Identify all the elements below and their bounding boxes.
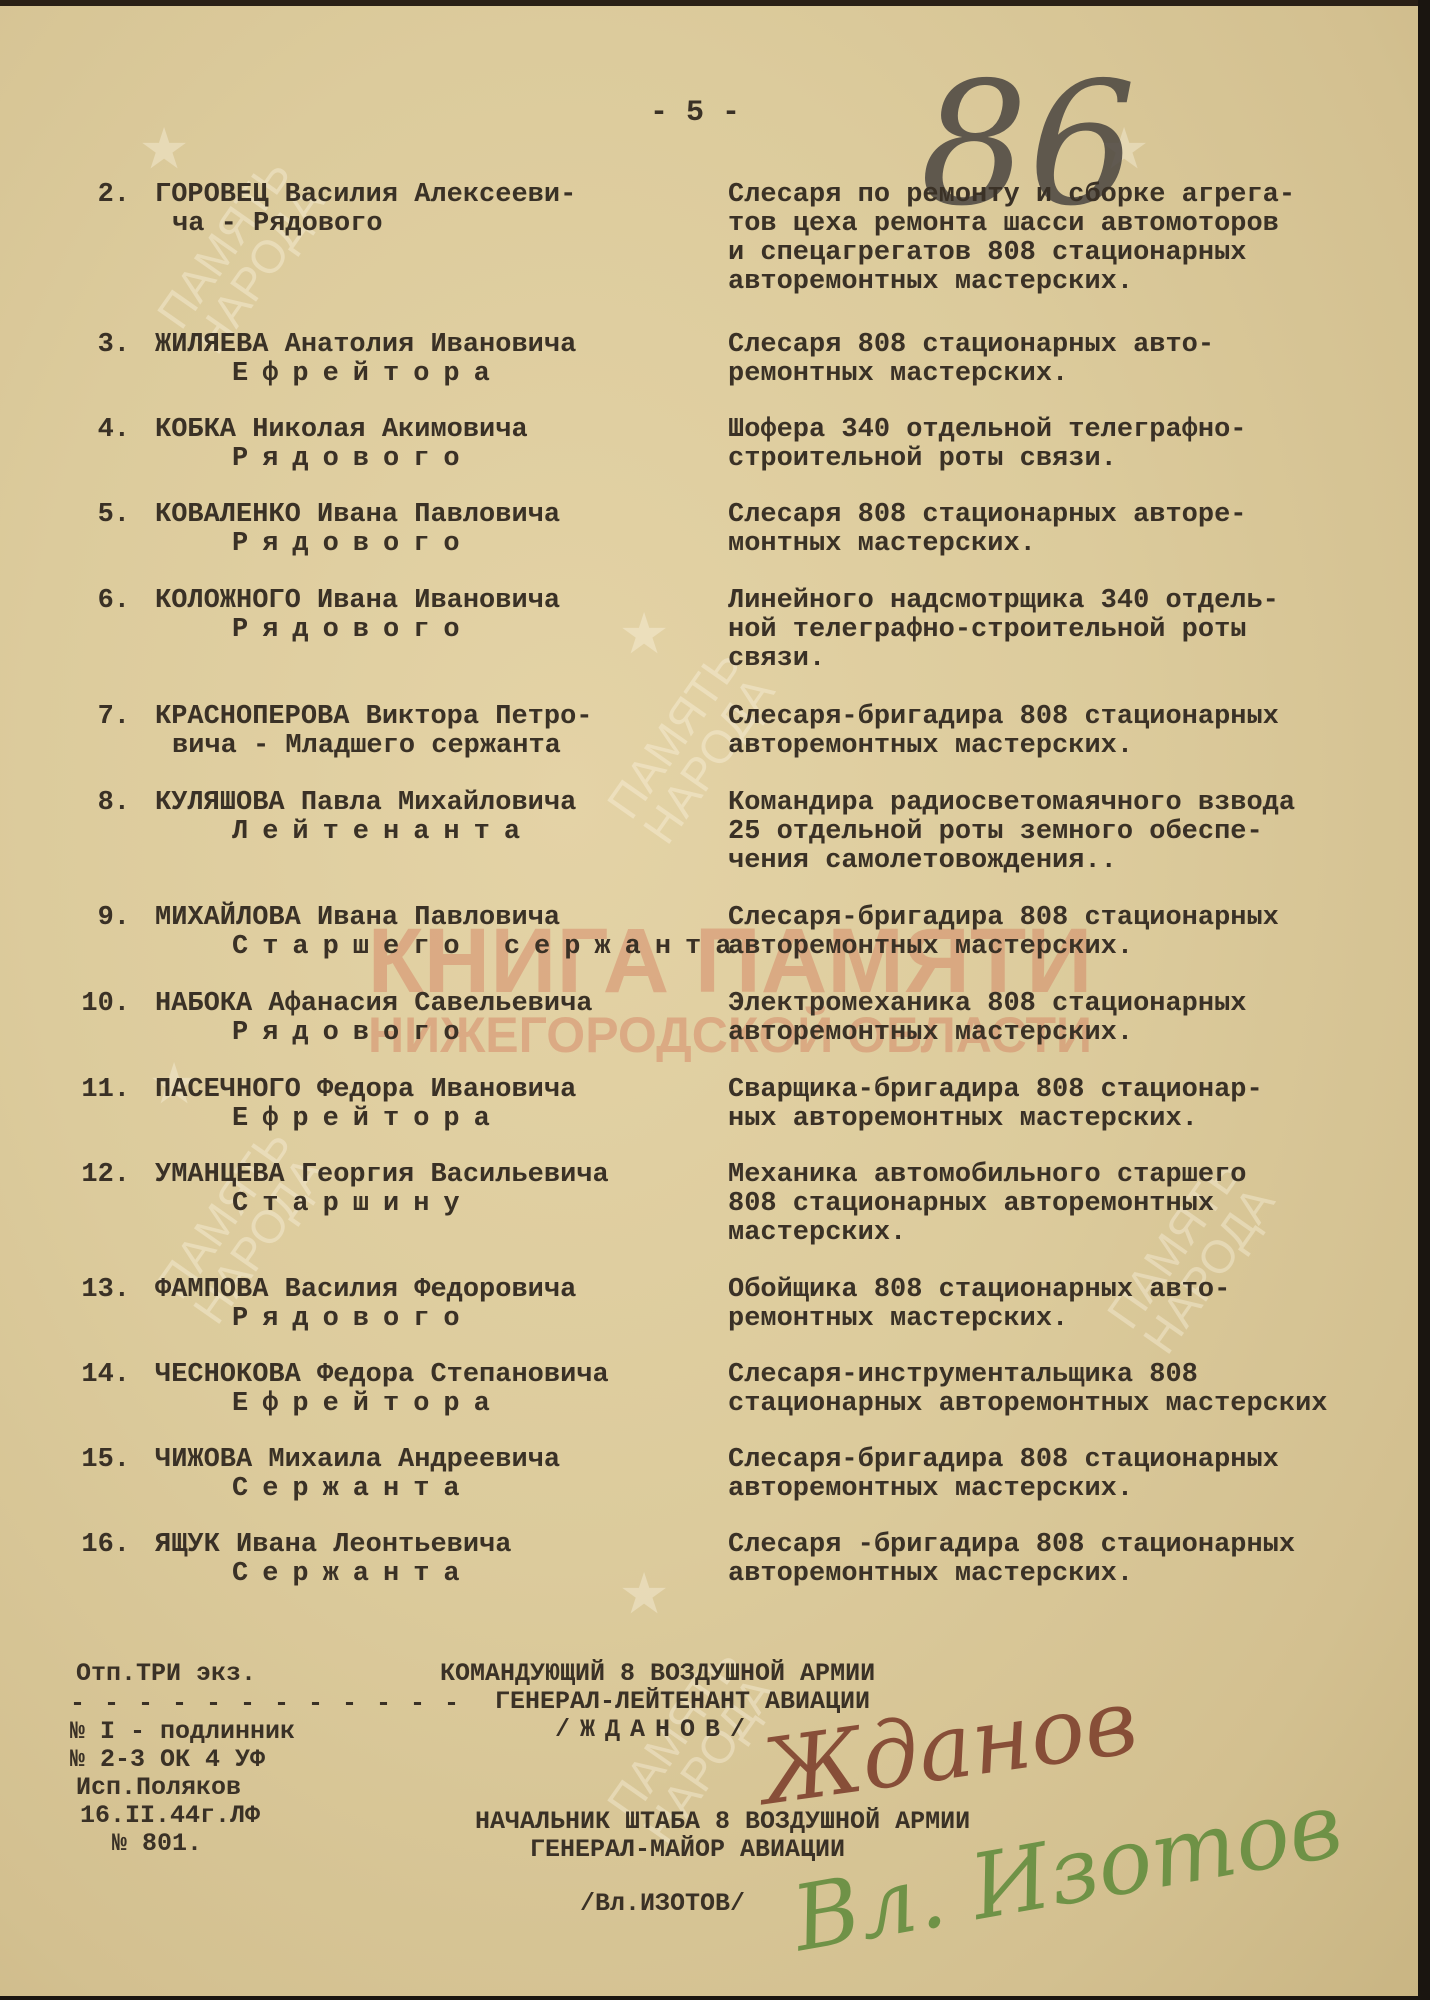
- awardee-name: МИХАЙЛОВА Ивана Павловича: [155, 903, 560, 933]
- entry-number: 8.: [80, 788, 130, 818]
- awardee-position: связи.: [728, 644, 825, 674]
- awardee-rank: Ефрейтора: [232, 1104, 504, 1134]
- chief-title-2: ГЕНЕРАЛ-МАЙОР АВИАЦИИ: [530, 1836, 845, 1863]
- awardee-rank: Ефрейтора: [232, 1389, 504, 1419]
- awardee-position: и спецагрегатов 808 стационарных: [728, 238, 1246, 268]
- awardee-name: ЖИЛЯЕВА Анатолия Ивановича: [155, 330, 576, 360]
- awardee-rank: Лейтенанта: [232, 817, 534, 847]
- entry-number: 13.: [80, 1275, 130, 1305]
- awardee-position: чения самолетовождения..: [728, 846, 1117, 876]
- document-page: ★ ★ ★ ★ ★ ПАМЯТЬНАРОДА ПАМЯТЬНАРОДА ПАМЯ…: [0, 0, 1418, 1996]
- copies-note: Отп.ТРИ экз.: [76, 1660, 256, 1687]
- document-number: № 801.: [112, 1830, 202, 1857]
- commander-title-2: ГЕНЕРАЛ-ЛЕЙТЕНАНТ АВИАЦИИ: [495, 1688, 870, 1715]
- awardee-position: ремонтных мастерских.: [728, 359, 1068, 389]
- awardee-rank: Рядового: [232, 444, 474, 474]
- entry-number: 2.: [80, 180, 130, 210]
- awardee-name: ЧЕСНОКОВА Федора Степановича: [155, 1360, 609, 1390]
- awardee-position: 808 стационарных авторемонтных: [728, 1189, 1214, 1219]
- entry-number: 9.: [80, 903, 130, 933]
- entry-number: 5.: [80, 500, 130, 530]
- awardee-rank: Рядового: [232, 1304, 474, 1334]
- awardee-rank: Рядового: [232, 529, 474, 559]
- awardee-rank: Сержанта: [232, 1474, 474, 1504]
- entry-number: 11.: [80, 1075, 130, 1105]
- awardee-position: Шофера 340 отдельной телеграфно-: [728, 415, 1246, 445]
- awardee-name: КРАСНОПЕРОВА Виктора Петро-: [155, 702, 592, 732]
- awardee-position: Слесаря -бригадира 808 стационарных: [728, 1530, 1295, 1560]
- star-watermark-icon: ★: [620, 1540, 668, 1639]
- awardee-position: авторемонтных мастерских.: [728, 1474, 1133, 1504]
- entry-number: 12.: [80, 1160, 130, 1190]
- awardee-position: Слесаря-бригадира 808 стационарных: [728, 702, 1279, 732]
- awardee-position: Слесаря 808 стационарных авторе-: [728, 500, 1246, 530]
- commander-title-1: КОМАНДУЮЩИЙ 8 ВОЗДУШНОЙ АРМИИ: [440, 1660, 875, 1687]
- divider-dashes: - - - - - - - - - - - -: [70, 1690, 461, 1717]
- awardee-name: ЧИЖОВА Михаила Андреевича: [155, 1445, 560, 1475]
- awardee-rank: Старшего сержанта: [232, 932, 745, 962]
- star-watermark-icon: ★: [620, 580, 668, 679]
- awardee-position: Слесаря по ремонту и сборке агрега-: [728, 180, 1295, 210]
- awardee-position: ной телеграфно-строительной роты: [728, 615, 1246, 645]
- awardee-position: Слесаря 808 стационарных авто-: [728, 330, 1214, 360]
- awardee-rank: ча - Рядового: [172, 209, 383, 239]
- awardee-position: 25 отдельной роты земного обеспе-: [728, 817, 1263, 847]
- entry-number: 15.: [80, 1445, 130, 1475]
- awardee-position: Электромеханика 808 стационарных: [728, 989, 1246, 1019]
- document-date: 16.II.44г.ЛФ: [80, 1802, 260, 1829]
- entry-number: 4.: [80, 415, 130, 445]
- awardee-name: КОЛОЖНОГО Ивана Ивановича: [155, 586, 560, 616]
- awardee-position: Слесаря-бригадира 808 стационарных: [728, 903, 1279, 933]
- awardee-name: КОВАЛЕНКО Ивана Павловича: [155, 500, 560, 530]
- awardee-position: Обойщика 808 стационарных авто-: [728, 1275, 1230, 1305]
- awardee-position: ремонтных мастерских.: [728, 1304, 1068, 1334]
- awardee-position: Сварщика-бригадира 808 стационар-: [728, 1075, 1263, 1105]
- awardee-rank: вича - Младшего сержанта: [172, 731, 561, 761]
- awardee-name: ГОРОВЕЦ Василия Алексееви-: [155, 180, 576, 210]
- awardee-position: строительной роты связи.: [728, 444, 1117, 474]
- awardee-position: авторемонтных мастерских.: [728, 267, 1133, 297]
- scan-edge: [0, 0, 1418, 6]
- awardee-position: Слесаря-инструментальщика 808: [728, 1360, 1198, 1390]
- awardee-rank: Рядового: [232, 615, 474, 645]
- awardee-position: монтных мастерских.: [728, 529, 1036, 559]
- entry-number: 14.: [80, 1360, 130, 1390]
- awardee-position: авторемонтных мастерских.: [728, 1559, 1133, 1589]
- awardee-name: УМАНЦЕВА Георгия Васильевича: [155, 1160, 609, 1190]
- awardee-position: Командира радиосветомаячного взвода: [728, 788, 1295, 818]
- copy-line-1: № I - подлинник: [70, 1718, 295, 1745]
- awardee-name: КУЛЯШОВА Павла Михайловича: [155, 788, 576, 818]
- chief-title-1: НАЧАЛЬНИК ШТАБА 8 ВОЗДУШНОЙ АРМИИ: [475, 1808, 970, 1835]
- awardee-rank: Старшину: [232, 1189, 474, 1219]
- awardee-position: авторемонтных мастерских.: [728, 932, 1133, 962]
- awardee-name: НАБОКА Афанасия Савельевича: [155, 989, 592, 1019]
- commander-name: /ЖДАНОВ/: [555, 1716, 755, 1743]
- page-number: - 5 -: [650, 96, 740, 130]
- awardee-position: авторемонтных мастерских.: [728, 731, 1133, 761]
- awardee-name: КОБКА Николая Акимовича: [155, 415, 528, 445]
- entry-number: 3.: [80, 330, 130, 360]
- awardee-position: стационарных авторемонтных мастерских: [728, 1389, 1328, 1419]
- awardee-position: Слесаря-бригадира 808 стационарных: [728, 1445, 1279, 1475]
- awardee-rank: Рядового: [232, 1018, 474, 1048]
- chief-name: /Вл.ИЗОТОВ/: [580, 1890, 745, 1917]
- awardee-rank: Ефрейтора: [232, 359, 504, 389]
- awardee-name: ПАСЕЧНОГО Федора Ивановича: [155, 1075, 576, 1105]
- entry-number: 7.: [80, 702, 130, 732]
- entry-number: 6.: [80, 586, 130, 616]
- awardee-position: Линейного надсмотрщика 340 отдель-: [728, 586, 1279, 616]
- awardee-rank: Сержанта: [232, 1559, 474, 1589]
- awardee-name: ЯЩУК Ивана Леонтьевича: [155, 1530, 511, 1560]
- entry-number: 10.: [80, 989, 130, 1019]
- copy-line-2: № 2-3 ОК 4 УФ: [70, 1746, 265, 1773]
- entry-number: 16.: [80, 1530, 130, 1560]
- awardee-position: авторемонтных мастерских.: [728, 1018, 1133, 1048]
- awardee-position: мастерских.: [728, 1218, 906, 1248]
- awardee-position: ных авторемонтных мастерских.: [728, 1104, 1198, 1134]
- executor: Исп.Поляков: [76, 1774, 241, 1801]
- awardee-name: ФАМПОВА Василия Федоровича: [155, 1275, 576, 1305]
- awardee-position: тов цеха ремонта шасси автомоторов: [728, 209, 1279, 239]
- awardee-position: Механика автомобильного старшего: [728, 1160, 1246, 1190]
